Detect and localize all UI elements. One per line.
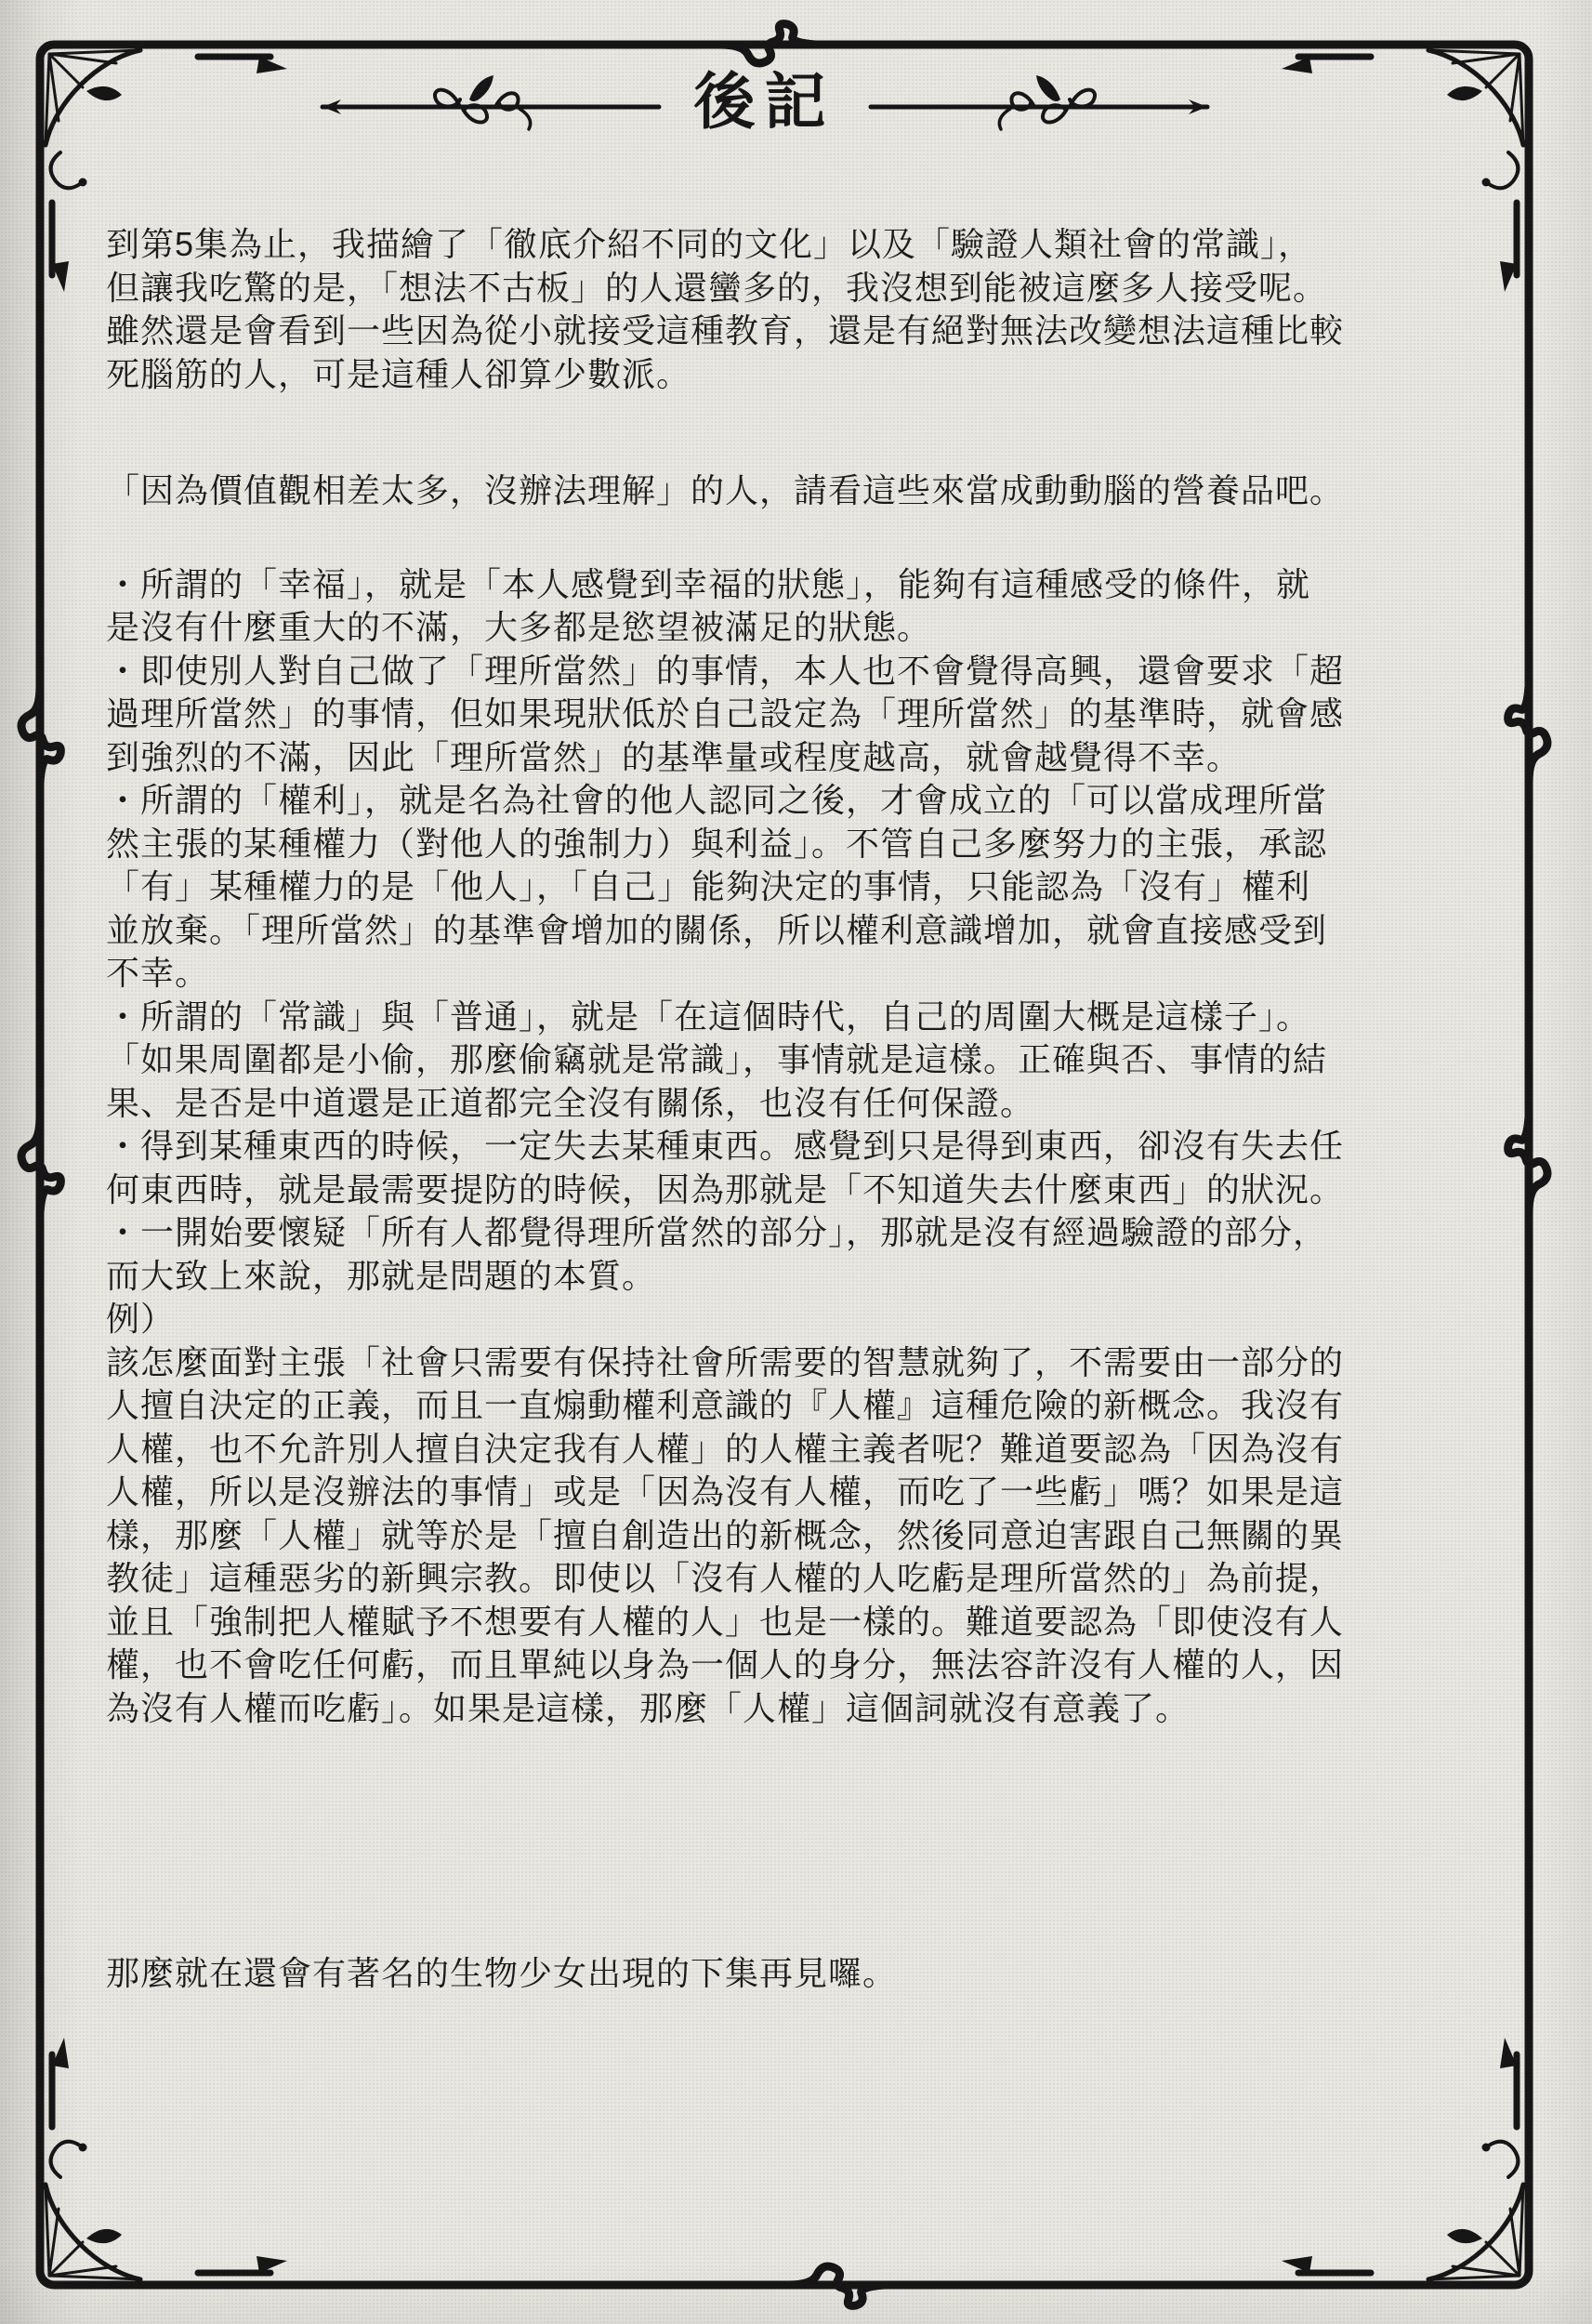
text-line: 過理所當然」的事情，但如果現狀低於自己設定為「理所當然」的基準時，就會感 [106, 693, 1450, 736]
text-line: 不幸。 [106, 952, 1450, 996]
text-line: 「如果周圍都是小偷，那麼偷竊就是常識」，事情就是這樣。正確與否、事情的結 [106, 1038, 1450, 1082]
text-line: 那麼就在還會有著名的生物少女出現的下集再見囉。 [106, 1952, 1450, 1996]
text-line: 但讓我吃驚的是，「想法不古板」的人還蠻多的，我沒想到能被這麼多人接受呢。 [106, 267, 1450, 310]
title-row: 後記 [0, 61, 1560, 145]
text-line: ・即使別人對自己做了「理所當然」的事情，本人也不會覺得高興，還會要求「超 [106, 650, 1450, 693]
corner-flourish [1282, 2038, 1523, 2279]
text-line: 「有」某種權力的是「他人」，「自己」能夠決定的事情，只能認為「沒有」權利 [106, 865, 1450, 909]
text-line: 雖然還是會看到一些因為從小就接受這種教育，還是有絕對無法改變想法這種比較 [106, 310, 1450, 353]
text-line: ・所謂的「權利」，就是名為社會的他人認同之後，才會成立的「可以當成理所當 [106, 779, 1450, 823]
text-line: ・得到某種東西的時候，一定失去某種東西。感覺到只是得到東西，卻沒有失去任 [106, 1125, 1450, 1169]
s-knot-icon [21, 686, 60, 783]
text-line: 人權，也不允許別人擅自決定我有人權」的人權主義者呢？難道要認為「因為沒有 [106, 1428, 1450, 1472]
text-line: 教徒」這種惡劣的新興宗教。即使以「沒有人權的人吃虧是理所當然的」為前提， [106, 1557, 1450, 1601]
note-paragraph: 「因為價值觀相差太多，沒辦法理解」的人，請看這些來當成動動腦的營養品吧。 [106, 469, 1450, 513]
title-flourish-right-icon [867, 73, 1211, 133]
book-page: 後記 到第5集為止，我描繪了「徹底介紹不同的文化」以及「驗證人類社會的常識」，但… [0, 0, 1592, 2324]
text-line: 人權，所以是沒辦法的事情」或是「因為沒有人權，而吃了一些虧」嗎？如果是這 [106, 1471, 1450, 1514]
closing-paragraph: 那麼就在還會有著名的生物少女出現的下集再見囉。 [106, 1952, 1450, 1996]
s-knot-icon [1508, 1116, 1547, 1213]
afterword-text: 到第5集為止，我描繪了「徹底介紹不同的文化」以及「驗證人類社會的常識」，但讓我吃… [106, 223, 1450, 1996]
intro-paragraph: 到第5集為止，我描繪了「徹底介紹不同的文化」以及「驗證人類社會的常識」，但讓我吃… [106, 223, 1450, 396]
text-line: 然主張的某種權力（對他人的強制力）與利益」。不管自己多麼努力的主張，承認 [106, 823, 1450, 866]
text-line: 而大致上來說，那就是問題的本質。 [106, 1255, 1450, 1299]
text-line: ・一開始要懷疑「所有人都覺得理所當然的部分」，那就是沒有經過驗證的部分， [106, 1211, 1450, 1255]
text-line: 該怎麼面對主張「社會只需要有保持社會所需要的智慧就夠了，不需要由一部分的 [106, 1341, 1450, 1385]
s-knot-icon [719, 24, 816, 63]
bullet-list: ・所謂的「幸福」，就是「本人感覺到幸福的狀態」，能夠有這種感受的條件，就是沒有什… [106, 563, 1450, 1299]
text-line: 是沒有什麼重大的不滿，大多都是慾望被滿足的狀態。 [106, 606, 1450, 650]
text-line: 人擅自決定的正義，而且一直煽動權利意識的『人權』這種危險的新概念。我沒有 [106, 1384, 1450, 1428]
example-paragraph: 例）該怎麼面對主張「社會只需要有保持社會所需要的智慧就夠了，不需要由一部分的人擅… [106, 1298, 1450, 1730]
text-line: 何東西時，就是最需要提防的時候，因為那就是「不知道失去什麼東西」的狀況。 [106, 1169, 1450, 1212]
text-line: 並且「強制把人權賦予不想要有人權的人」也是一樣的。難道要認為「即使沒有人 [106, 1601, 1450, 1644]
text-line: 「因為價值觀相差太多，沒辦法理解」的人，請看這些來當成動動腦的營養品吧。 [106, 469, 1450, 513]
text-line: 到強烈的不滿，因此「理所當然」的基準量或程度越高，就會越覺得不幸。 [106, 736, 1450, 780]
page-title: 後記 [694, 73, 835, 134]
text-line: ・所謂的「幸福」，就是「本人感覺到幸福的狀態」，能夠有這種感受的條件，就 [106, 563, 1450, 607]
s-knot-icon [1508, 686, 1547, 783]
text-line: 樣，那麼「人權」就等於是「擅自創造出的新概念，然後同意迫害跟自己無關的異 [106, 1514, 1450, 1558]
s-knot-icon [788, 2266, 885, 2305]
title-flourish-left-icon [319, 73, 663, 133]
text-line: 為沒有人權而吃虧」。如果是這樣，那麼「人權」這個詞就沒有意義了。 [106, 1687, 1450, 1731]
text-line: 果、是否是中道還是正道都完全沒有關係，也沒有任何保證。 [106, 1082, 1450, 1126]
s-knot-icon [21, 1116, 60, 1213]
text-line: 到第5集為止，我描繪了「徹底介紹不同的文化」以及「驗證人類社會的常識」， [106, 223, 1450, 267]
text-line: 並放棄。「理所當然」的基準會增加的關係，所以權利意識增加，就會直接感受到 [106, 909, 1450, 953]
text-line: ・所謂的「常識」與「普通」，就是「在這個時代，自己的周圍大概是這樣子」。 [106, 996, 1450, 1039]
corner-flourish [46, 2038, 287, 2279]
text-line: 例） [106, 1298, 1450, 1341]
text-line: 權，也不會吃任何虧，而且單純以身為一個人的身分，無法容許沒有人權的人，因 [106, 1644, 1450, 1687]
text-line: 死腦筋的人，可是這種人卻算少數派。 [106, 353, 1450, 397]
